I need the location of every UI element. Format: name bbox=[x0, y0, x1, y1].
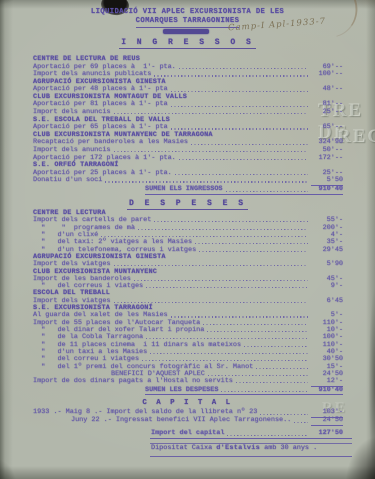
footer-text: amb 30 anys . bbox=[260, 444, 317, 452]
ledger-row: " del correu i viatges30'50 bbox=[33, 355, 343, 362]
ledger-label: Import de dos dinars pagats a l'Hostal n… bbox=[33, 377, 233, 385]
ledger-value: 48'-- bbox=[311, 85, 343, 93]
dot-leader bbox=[146, 287, 308, 288]
scanned-document-page: TRE DE REC RE LIQUIDACIÓ VII APLEC EXCUR… bbox=[0, 0, 375, 479]
dot-leader bbox=[114, 302, 309, 303]
ledger-label: SUMEN LES DESPESES bbox=[145, 386, 218, 394]
dot-leader bbox=[171, 128, 308, 129]
dot-leader bbox=[195, 243, 308, 244]
ledger-row: Juny 22 .- Ingressat benefici VII Aplec … bbox=[33, 416, 343, 424]
dot-leader bbox=[171, 91, 308, 92]
ledger-value: 100'-- bbox=[311, 70, 343, 78]
dot-leader bbox=[227, 435, 308, 436]
ledger-row: " d'un telefonema, correus i viatges29'4… bbox=[33, 246, 343, 253]
ledger-value: 127'50 bbox=[311, 429, 343, 437]
dot-leader bbox=[191, 144, 308, 145]
ledger-row: Import dels viatges5'90 bbox=[33, 260, 343, 267]
dot-leader bbox=[114, 265, 309, 266]
ledger-row: Import dels cartells de paret55'- bbox=[33, 216, 343, 223]
ledger-row: " del taxi: 2º viatges a les Masies35'- bbox=[33, 238, 343, 245]
ledger-row: 1933 .- Maig 8 .- Import del saldo de la… bbox=[33, 408, 343, 416]
ledger-label: SUMEN ELS INGRESSOS bbox=[145, 185, 223, 193]
section-header-row: CENTRE DE LECTURA DE REUS bbox=[33, 55, 343, 63]
footer-row: Dipositat Caixa d'Estalvis amb 30 anys . bbox=[151, 444, 343, 452]
ledger-value: 910'40 bbox=[311, 185, 343, 193]
ledger-row: Al guarda del xalet de les Masies5'- bbox=[33, 311, 343, 318]
dot-leader bbox=[171, 106, 308, 107]
ledger-row: Aportació per 65 places à 1'- pta65'-- bbox=[33, 123, 343, 131]
total-row: SUMEN LES DESPESES910'40 bbox=[145, 386, 343, 395]
ledger-row: Aportació per 172 places à 1'- pta.172'-… bbox=[33, 154, 343, 162]
capital-heading: C A P I T A L bbox=[0, 399, 375, 408]
dot-leader bbox=[226, 191, 309, 192]
dot-leader bbox=[203, 324, 308, 325]
dot-leader bbox=[171, 316, 308, 317]
summary-row: Import del capital127'50 bbox=[151, 429, 343, 437]
ledger-value: 5'90 bbox=[311, 260, 343, 268]
ledger-label: Import del capital bbox=[151, 429, 224, 437]
ledger-row: " de 11 places cinema i 11 dinars als ma… bbox=[33, 341, 343, 348]
ledger-value: 172'-- bbox=[311, 154, 343, 162]
ledger-row: Import dels anuncis25'-- bbox=[33, 108, 343, 116]
dot-leader bbox=[260, 414, 308, 415]
double-rule bbox=[150, 438, 352, 444]
ledger-value: 24'50 bbox=[311, 416, 343, 426]
dot-leader bbox=[101, 236, 308, 237]
ledger-row: Import dels anuncis50'-- bbox=[33, 146, 343, 154]
dot-leader bbox=[179, 68, 308, 69]
ledger-value: 6'45 bbox=[311, 297, 343, 305]
section-header-row: S.E. ORFEÓ TARRAGONÍ bbox=[33, 161, 343, 169]
ledger-label: Juny 22 .- Ingressat benefici VII Aplec … bbox=[71, 416, 291, 424]
dot-leader bbox=[179, 159, 308, 160]
ledger-value: 25'-- bbox=[311, 108, 343, 116]
dot-leader bbox=[244, 346, 308, 347]
section-header-row: ESCOLA DEL TREBALL bbox=[33, 289, 343, 296]
ledger-row: " de la Cobla Tarragona100'- bbox=[33, 333, 343, 340]
ledger-value: 9'- bbox=[311, 282, 343, 290]
dot-leader bbox=[236, 382, 308, 383]
ledger-value: 29'45 bbox=[311, 246, 343, 254]
dot-leader bbox=[199, 251, 308, 252]
ledger-row: Aportació per 48 places à 1'- pta48'-- bbox=[33, 85, 343, 93]
dot-leader bbox=[154, 75, 308, 76]
single-rule bbox=[150, 456, 352, 457]
dot-leader bbox=[114, 113, 309, 114]
ledger-row: Import dels anuncis publicats100'-- bbox=[33, 70, 343, 78]
dot-leader bbox=[221, 391, 308, 392]
footer-text: d'Estalvis bbox=[216, 444, 260, 452]
dot-leader bbox=[154, 221, 308, 222]
ledger-row: Aportació per 81 places à 1'- pta81'-- bbox=[33, 100, 343, 108]
title-line-1: LIQUIDACIÓ VII APLEC EXCURSIONISTA DE LE… bbox=[0, 8, 375, 17]
dot-leader bbox=[294, 422, 308, 423]
ingressos-heading: I N G R E S S O S bbox=[0, 38, 375, 49]
ledger-value: 910'40 bbox=[311, 386, 343, 394]
capital-ledger: 1933 .- Maig 8 .- Import del saldo de la… bbox=[33, 408, 343, 452]
ledger-row: " del 1º premi del concurs fotogràfic al… bbox=[33, 363, 343, 370]
ledger-row: " " programes de mà200'- bbox=[33, 224, 343, 231]
dot-leader bbox=[150, 353, 308, 354]
ledger-label: Donatiu d'un soci bbox=[33, 176, 102, 184]
dot-leader bbox=[134, 280, 308, 281]
dot-leader bbox=[207, 331, 308, 332]
dot-leader bbox=[142, 360, 308, 361]
stamp-smudge bbox=[163, 29, 209, 34]
dot-leader bbox=[175, 174, 308, 175]
ledger-row: Recaptació per banderoles a les Masies32… bbox=[33, 138, 343, 146]
dot-leader bbox=[105, 181, 308, 182]
despeses-ledger: CENTRE DE LECTURAImport dels cartells de… bbox=[33, 209, 343, 395]
dot-leader bbox=[114, 151, 309, 152]
section-header-row: CLUB EXCURSIONISTA MUNTANYENC bbox=[33, 268, 343, 275]
footer-text: Dipositat Caixa bbox=[151, 444, 216, 452]
dot-leader bbox=[208, 375, 308, 376]
ledger-row: Import de 55 places de l'Autocar Tanquet… bbox=[33, 319, 343, 326]
ledger-label: 1933 .- Maig 8 .- Import del saldo de la… bbox=[33, 408, 257, 416]
ledger-row: Import dels viatges6'45 bbox=[33, 297, 343, 304]
dot-leader bbox=[256, 368, 308, 369]
dot-leader bbox=[146, 338, 308, 339]
total-row: SUMEN ELS INGRESSOS910'40 bbox=[145, 185, 343, 195]
ledger-row: Import de dos dinars pagats a l'Hostal n… bbox=[33, 377, 343, 384]
ingressos-ledger: CENTRE DE LECTURA DE REUSAportació per 6… bbox=[33, 55, 343, 195]
ledger-value: 65'-- bbox=[311, 123, 343, 131]
dot-leader bbox=[138, 229, 308, 230]
ledger-row: Donatiu d'un soci5'50 bbox=[33, 176, 343, 184]
